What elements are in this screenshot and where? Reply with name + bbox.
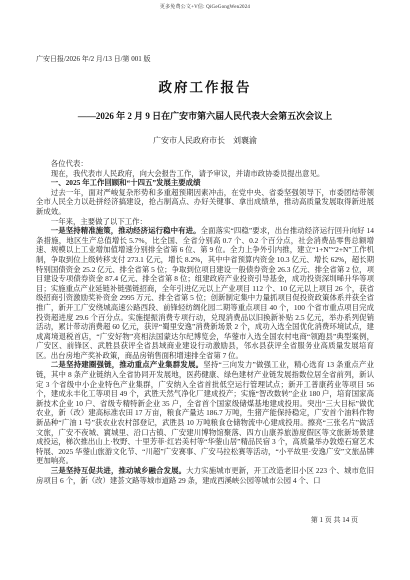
- paragraph-lead: 一是坚持精准施策，推动经济运行稳中有进。: [51, 226, 201, 235]
- paragraph: 二是坚持建圈强链，推动重点产业集群发展。坚持“三向发力”做强工业，精心选育 13…: [36, 360, 374, 466]
- watermark-text: 更多免费公文+V信: QiGeGongWen2024: [0, 0, 410, 10]
- document-page: 更多免费公文+V信: QiGeGongWen2024 广安日报/2026 年/2…: [0, 0, 410, 580]
- section-heading: 一、2025 年工作回顾和“十四五”发展主要成绩: [36, 178, 374, 188]
- report-body: 各位代表：现在，我代表市人民政府，向大会报告工作，请予审议，并请市政协委员提出意…: [36, 159, 374, 485]
- paragraph: 过去一年，面对严峻复杂形势和多重超预期因素冲击，在党中央、省委坚强领导下，市委团…: [36, 188, 374, 217]
- masthead: 广安日报/2026 年/2 月/13 日/第 001 版: [36, 54, 374, 64]
- paragraph: 各位代表：: [36, 159, 374, 169]
- paragraph: 三是坚持互促共进，推动城乡融合发展。大力实施城市更新，开工改造老旧小区 223 …: [36, 466, 374, 485]
- paragraph: 一年来，主要做了以下工作：: [36, 217, 374, 227]
- paragraph-lead: 二是坚持建圈强链，推动重点产业集群发展。: [51, 360, 203, 369]
- document-content: 广安日报/2026 年/2 月/13 日/第 001 版 政府工作报告 ——20…: [0, 54, 410, 485]
- byline: 广安市人民政府市长 刘襄渝: [36, 135, 374, 146]
- paragraph: 现在，我代表市人民政府，向大会报告工作，请予审议，并请市政协委员提出意见。: [36, 169, 374, 179]
- paragraph-lead: 三是坚持互促共进，推动城乡融合发展。: [51, 466, 186, 475]
- paragraph-lead: 一、2025 年工作回顾和“十四五”发展主要成绩: [51, 178, 201, 187]
- page-title: 政府工作报告: [36, 76, 374, 96]
- page-number: 第 1 页 共 14 页: [311, 515, 358, 525]
- paragraph: 一是坚持精准施策，推动经济运行稳中有进。全面落实“四稳”要求，出台推动经济运行回…: [36, 226, 374, 360]
- subtitle: ——2026 年 2 月 9 日在广安市第六届人民代表大会第五次会议上: [36, 109, 374, 122]
